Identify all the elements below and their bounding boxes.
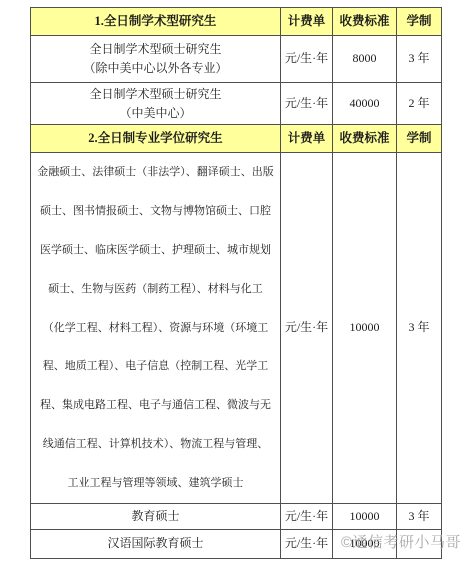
billing-unit-cell: 元/生·年 xyxy=(281,504,333,530)
billing-unit-cell: 元/生·年 xyxy=(281,83,333,125)
duration-cell: 3 年 xyxy=(397,153,442,504)
billing-unit-cell: 元/生·年 xyxy=(281,530,333,559)
section1-header-row: 1.全日制学术型研究生 计费单 收费标准 学制 xyxy=(31,8,442,36)
program-name-cell: 金融硕士、法律硕士（非法学）、翻译硕士、出版 硕士、图书情报硕士、文物与博物馆硕… xyxy=(31,153,281,504)
majors-line: 医学硕士、临床医学硕士、护理硕士、城市规划 xyxy=(33,231,278,270)
section2-title: 2.全日制专业学位研究生 xyxy=(31,125,281,153)
program-name-line1: 全日制学术型硕士研究生 xyxy=(33,40,278,59)
col-header-duration: 学制 xyxy=(397,125,442,153)
col-header-fee-standard: 收费标准 xyxy=(333,125,397,153)
fee-cell: 40000 xyxy=(333,83,397,125)
majors-line: 程、地质工程）、电子信息（控制工程、光学工 xyxy=(33,347,278,386)
majors-line: 硕士、生物与医药（制药工程）、材料与化工 xyxy=(33,270,278,309)
col-header-billing-unit: 计费单 xyxy=(281,8,333,36)
table-row-chinese-intl-education: 汉语国际教育硕士 元/生·年 10000 xyxy=(31,530,442,559)
program-name-cell: 教育硕士 xyxy=(31,504,281,530)
section2-header-row: 2.全日制专业学位研究生 计费单 收费标准 学制 xyxy=(31,125,442,153)
table-row-professional-majors: 金融硕士、法律硕士（非法学）、翻译硕士、出版 硕士、图书情报硕士、文物与博物馆硕… xyxy=(31,153,442,504)
section1-title: 1.全日制学术型研究生 xyxy=(31,8,281,36)
fee-cell: 10000 xyxy=(333,530,397,559)
duration-cell: 2 年 xyxy=(397,83,442,125)
majors-line: 金融硕士、法律硕士（非法学）、翻译硕士、出版 xyxy=(33,153,278,192)
tuition-fee-table: 1.全日制学术型研究生 计费单 收费标准 学制 全日制学术型硕士研究生 （除中美… xyxy=(30,7,442,559)
table-row-academic-center: 全日制学术型硕士研究生 （中美中心） 元/生·年 40000 2 年 xyxy=(31,83,442,125)
program-name-line1: 全日制学术型硕士研究生 xyxy=(33,85,278,104)
majors-line: （化学工程、材料工程）、资源与环境（环境工 xyxy=(33,309,278,348)
majors-line: 硕士、图书情报硕士、文物与博物馆硕士、口腔 xyxy=(33,192,278,231)
program-name-line2: （除中美中心以外各专业） xyxy=(33,59,278,78)
table-row-academic-general: 全日制学术型硕士研究生 （除中美中心以外各专业） 元/生·年 8000 3 年 xyxy=(31,36,442,83)
program-name-line2: （中美中心） xyxy=(33,104,278,123)
billing-unit-cell: 元/生·年 xyxy=(281,36,333,83)
duration-cell xyxy=(397,530,442,559)
duration-cell: 3 年 xyxy=(397,504,442,530)
fee-cell: 10000 xyxy=(333,153,397,504)
col-header-billing-unit: 计费单 xyxy=(281,125,333,153)
majors-line: 程、集成电路工程、电子与通信工程、微波与无 xyxy=(33,386,278,425)
billing-unit-cell: 元/生·年 xyxy=(281,153,333,504)
fee-cell: 10000 xyxy=(333,504,397,530)
col-header-duration: 学制 xyxy=(397,8,442,36)
fee-cell: 8000 xyxy=(333,36,397,83)
program-name-cell: 全日制学术型硕士研究生 （除中美中心以外各专业） xyxy=(31,36,281,83)
program-name-cell: 汉语国际教育硕士 xyxy=(31,530,281,559)
duration-cell: 3 年 xyxy=(397,36,442,83)
col-header-fee-standard: 收费标准 xyxy=(333,8,397,36)
majors-line: 工业工程与管理等领域、建筑学硕士 xyxy=(33,464,278,503)
table-row-education-master: 教育硕士 元/生·年 10000 3 年 xyxy=(31,504,442,530)
majors-line: 线通信工程、计算机技术）、物流工程与管理、 xyxy=(33,425,278,464)
fee-table-page: 1.全日制学术型研究生 计费单 收费标准 学制 全日制学术型硕士研究生 （除中美… xyxy=(0,0,470,563)
program-name-cell: 全日制学术型硕士研究生 （中美中心） xyxy=(31,83,281,125)
